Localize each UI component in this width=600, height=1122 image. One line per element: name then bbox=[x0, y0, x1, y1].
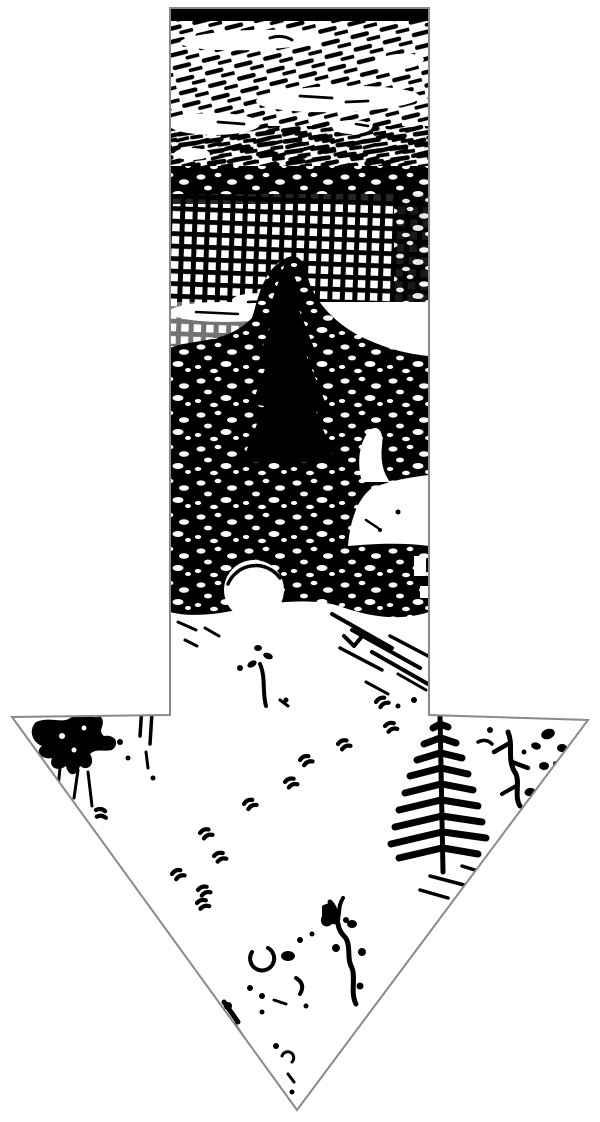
arrow-graphic bbox=[0, 0, 600, 1122]
arrow-illustration-figure: Black-and-white woodcut style illustrati… bbox=[0, 0, 600, 1122]
snow-mound bbox=[224, 560, 284, 620]
sky-hatching bbox=[168, 8, 429, 194]
sky-top-band bbox=[170, 8, 429, 21]
